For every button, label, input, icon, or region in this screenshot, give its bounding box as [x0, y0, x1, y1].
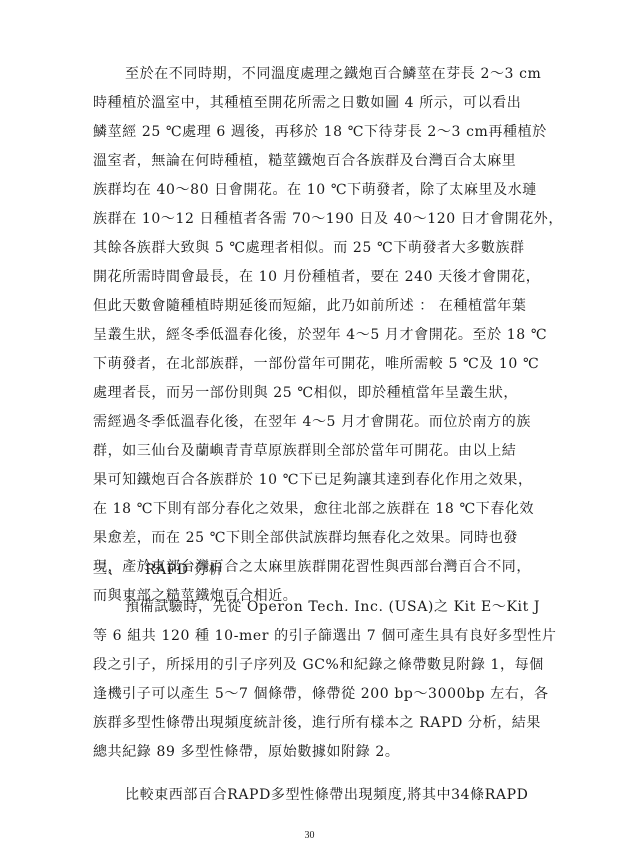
paragraph-1-line: 族群均在 40～80 日會開花。在 10 ℃下萌發者，除了太麻里及水璉: [93, 180, 513, 200]
paragraph-2-line: 族群多型性條帶出現頻度統計後，進行所有樣本之 RAPD 分析，結果: [93, 713, 513, 733]
paragraph-1-line: 族群在 10～12 日種植者各需 70～190 日及 40～120 日才會開花外…: [93, 209, 513, 229]
section-title: RAPD 分析: [145, 562, 223, 578]
paragraph-1-line: 處理者長，而另一部份則與 25 ℃相似，即於種植當年呈叢生狀，: [93, 383, 513, 403]
section-heading: 三、RAPD 分析: [93, 560, 513, 580]
paragraph-1-line: 需經過冬季低溫春化後，在翌年 4～5 月才會開花。而位於南方的族: [93, 412, 513, 432]
paragraph-1-line: 開花所需時間會最長，在 10 月份種植者，要在 240 天後才會開花，: [93, 267, 513, 287]
paragraph-1-line: 溫室者，無論在何時種植，糙莖鐵炮百合各族群及台灣百合太麻里: [93, 151, 513, 171]
paragraph-1-line: 呈叢生狀，經冬季低溫春化後，於翌年 4～5 月才會開花。至於 18 ℃: [93, 325, 513, 345]
paragraph-2-line: 段之引子，所採用的引子序列及 GC%和紀錄之條帶數見附錄 1，每個: [93, 655, 513, 675]
paragraph-2-line: 總共紀錄 89 多型性條帶，原始數據如附錄 2。: [93, 742, 513, 762]
section-number: 三、: [93, 560, 145, 580]
paragraph-2-line: 預備試驗時，先從 Operon Tech. Inc. (USA)之 Kit E～…: [125, 597, 545, 617]
paragraph-1-line: 在 18 ℃下則有部分春化之效果，愈往北部之族群在 18 ℃下春化效: [93, 499, 513, 519]
paragraph-1-line: 時種植於溫室中，其種植至開花所需之日數如圖 4 所示，可以看出: [93, 93, 513, 113]
paragraph-1-line: 至於在不同時期，不同溫度處理之鐵炮百合鱗莖在芽長 2～3 cm: [125, 64, 545, 84]
paragraph-1-line: 果可知鐵炮百合各族群於 10 ℃下已足夠讓其達到春化作用之效果，: [93, 470, 513, 490]
paragraph-1-line: 下萌發者，在北部族群，一部份當年可開花，唯所需較 5 ℃及 10 ℃: [93, 354, 513, 374]
paragraph-1-line: 其餘各族群大致與 5 ℃處理者相似。而 25 ℃下萌發者大多數族群: [93, 238, 513, 258]
paragraph-3-line: 比較東西部百合RAPD多型性條帶出現頻度,將其中34條RAPD: [125, 785, 545, 805]
paragraph-2-line: 等 6 組共 120 種 10-mer 的引子篩選出 7 個可產生具有良好多型性…: [93, 626, 513, 646]
paragraph-1-line: 但此天數會隨種植時期延後而短縮，此乃如前所述 ： 在種植當年葉: [93, 296, 513, 316]
paragraph-1-line: 群，如三仙台及蘭嶼青青草原族群則全部於當年可開花。由以上結: [93, 441, 513, 461]
paragraph-1-line: 鱗莖經 25 ℃處理 6 週後，再移於 18 ℃下待芽長 2～3 cm再種植於: [93, 122, 513, 142]
paragraph-2-line: 逢機引子可以產生 5～7 個條帶，條帶從 200 bp～3000bp 左右，各: [93, 684, 513, 704]
page-number: 30: [0, 830, 619, 842]
document-page: 至於在不同時期，不同溫度處理之鐵炮百合鱗莖在芽長 2～3 cm 時種植於溫室中，…: [0, 0, 619, 850]
paragraph-1-line: 果愈差，而在 25 ℃下則全部供試族群均無春化之效果。同時也發: [93, 528, 513, 548]
